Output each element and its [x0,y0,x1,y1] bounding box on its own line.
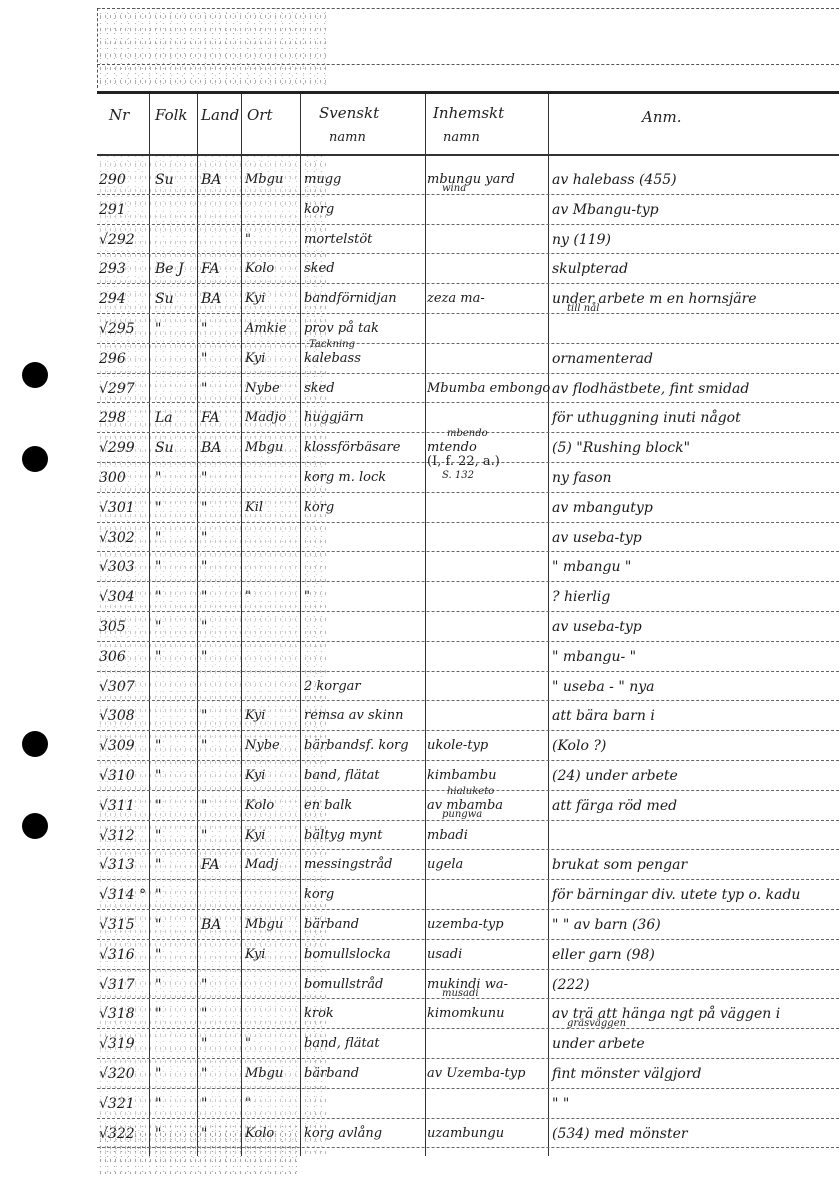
cell-nr: 296 [99,351,149,367]
cell-anm: ornamenterad [552,351,837,367]
punch-hole [22,813,48,839]
cell-land: " [201,500,241,516]
table-row: 296"KyikalebassornamenteradTackning [97,343,839,374]
column-header-row: Nr Folk Land Ort Svenskt namn Inhemskt n… [97,94,839,156]
cell-land: " [201,559,241,575]
cell-nr: √309 [99,738,149,754]
header-svenskt-sub: namn [329,130,366,145]
cell-land: FA [201,410,241,426]
cell-ort: Nybe [245,381,301,396]
cell-folk: La [155,410,197,426]
cell-land: " [201,649,241,665]
cell-svenskt: krok [304,1006,429,1021]
cell-ort: Mbgu [245,440,301,455]
cell-ort: " [245,1096,301,1111]
cell-nr: √319 [99,1036,149,1052]
cell-ort: Kyi [245,351,301,366]
cell-ort: " [245,1036,301,1051]
cell-nr: √316 [99,947,149,963]
cell-land: BA [201,917,241,933]
cell-inhemskt: mtendo [427,440,545,455]
cell-svenskt: bärbandsf. korg [304,738,429,753]
cell-nr: √307 [99,679,149,695]
cell-anm: (Kolo ?) [552,738,837,754]
cell-land: " [201,1096,241,1112]
table-row: 293Be JFAKoloskedskulpterad [97,253,839,284]
header-nr: Nr [109,106,129,124]
cell-folk: " [155,798,197,814]
cell-inhemskt: ukole-typ [427,738,545,753]
cell-folk: Su [155,291,197,307]
cell-folk: " [155,649,197,665]
header-svenskt: Svenskt [319,104,379,122]
cell-anm: för uthuggning inuti något [552,410,837,426]
cell-land: " [201,619,241,635]
table-row: √309""Nybebärbandsf. korgukole-typ(Kolo … [97,730,839,761]
cell-land: BA [201,291,241,307]
table-row: 291korgav Mbangu-typ [97,194,839,225]
table-row: √304""""? hierlig [97,581,839,612]
cell-svenskt: bärband [304,917,429,932]
cell-anm: av halebass (455) [552,172,837,188]
cell-land: " [201,1006,241,1022]
cell-anm: av mbangutyp [552,500,837,516]
cell-anm: " " av barn (36) [552,917,837,933]
punch-hole [22,446,48,472]
cell-nr: √301 [99,500,149,516]
cell-svenskt: kalebass [304,351,429,366]
cell-svenskt: bomullstråd [304,977,429,992]
cell-svenskt: prov på tak [304,321,429,336]
table-row: 306""" mbangu- " [97,641,839,672]
cell-anm: (24) under arbete [552,768,837,784]
cell-ort: Mbgu [245,917,301,932]
cell-folk: " [155,977,197,993]
cell-folk: " [155,768,197,784]
cell-land: " [201,321,241,337]
cell-folk: " [155,828,197,844]
cell-nr: √304 [99,589,149,605]
cell-anm: brukat som pengar [552,857,837,873]
cell-svenskt: band, flätat [304,768,429,783]
cell-anm: " " [552,1096,837,1112]
cell-anm: " mbangu " [552,559,837,575]
table-row: √301""Kilkorgav mbangutyp [97,492,839,523]
cell-inhemskt: uzemba-typ [427,917,545,932]
punch-hole [22,362,48,388]
cell-ort: " [245,589,301,604]
cell-folk: " [155,857,197,873]
table-row: √311""Koloen balkav mbambaatt färga röd … [97,790,839,821]
cell-svenskt: " [304,589,429,604]
cell-land: BA [201,440,241,456]
cell-folk: " [155,1126,197,1142]
cell-folk: Su [155,440,197,456]
cell-anm: ny (119) [552,232,837,248]
cell-nr: 305 [99,619,149,635]
cell-nr: √308 [99,708,149,724]
table-row: √303""" mbangu " [97,551,839,582]
header-land: Land [201,106,239,124]
header-border [97,8,98,88]
cell-folk: " [155,530,197,546]
header-inhemskt: Inhemskt [433,104,504,122]
cell-nr: √315 [99,917,149,933]
cell-nr: √299 [99,440,149,456]
cell-ort: Madjo [245,410,301,425]
cell-inhemskt: kimomkunu [427,1006,545,1021]
header-folk: Folk [155,106,188,124]
ledger-table: Nr Folk Land Ort Svenskt namn Inhemskt n… [97,91,839,1174]
header-rule [97,64,839,65]
cell-svenskt-sup: Tackning [309,339,355,350]
cell-ort: Madj [245,857,301,872]
cell-svenskt: korg m. lock [304,470,429,485]
cell-anm: (5) "Rushing block" [552,440,837,456]
cell-svenskt: sked [304,261,429,276]
table-row: √302""av useba-typ [97,522,839,553]
cell-folk: " [155,947,197,963]
table-row: √322""Kolokorg avlånguzambungu(534) med … [97,1118,839,1149]
cell-land: " [201,1126,241,1142]
cell-land: " [201,381,241,397]
table-row: √315"BAMbgubärbanduzemba-typ" " av barn … [97,909,839,940]
cell-anm: av flodhästbete, fint smidad [552,381,837,397]
cell-svenskt: korg [304,202,429,217]
table-row: 294SuBAKyibandförnidjanzeza ma-under arb… [97,283,839,314]
table-row: √3072 korgar" useba - " nya [97,671,839,702]
form-header-area [97,6,839,88]
cell-svenskt: korg [304,500,429,515]
cell-folk: " [155,589,197,605]
cell-nr: √303 [99,559,149,575]
cell-svenskt: bältyg mynt [304,828,429,843]
cell-folk: Su [155,172,197,188]
cell-land: " [201,828,241,844]
header-rule [97,8,839,9]
cell-svenskt: mugg [304,172,429,187]
cell-folk: " [155,559,197,575]
table-row: √297"NybeskedMbumba embongoav flodhästbe… [97,373,839,404]
cell-folk: " [155,500,197,516]
cell-svenskt: sked [304,381,429,396]
cell-nr: √318 [99,1006,149,1022]
cell-inhemskt: mbadi [427,828,545,843]
cell-nr: √311 [99,798,149,814]
cell-nr: 293 [99,261,149,277]
table-row: 290SuBAMbgumuggmbungu yardav halebass (4… [97,164,839,195]
cell-land: " [201,530,241,546]
cell-nr: √314 ° [99,887,149,903]
cell-svenskt: klossförbäsare [304,440,429,455]
cell-land: " [201,470,241,486]
cell-ort: Kolo [245,798,301,813]
cell-anm: fint mönster välgjord [552,1066,837,1082]
table-row: √321"""" " [97,1088,839,1119]
cell-inhemskt-sup: mbendo [447,428,488,439]
cell-anm: skulpterad [552,261,837,277]
cell-anm: " mbangu- " [552,649,837,665]
cell-anm: eller garn (98) [552,947,837,963]
punch-hole [22,731,48,757]
cell-inhemskt-sup: hialuketo [447,786,494,797]
cell-nr: √320 [99,1066,149,1082]
cell-land: FA [201,857,241,873]
cell-land: " [201,738,241,754]
cell-nr: 298 [99,410,149,426]
cell-svenskt: band, flätat [304,1036,429,1051]
cell-svenskt: bomullslocka [304,947,429,962]
cell-anm: under arbete [552,1036,837,1052]
cell-anm: att färga röd med [552,798,837,814]
cell-nr: 291 [99,202,149,218]
table-row: √312""Kyibältyg myntmbadi [97,820,839,851]
cell-folk: Be J [155,261,197,277]
cell-folk: " [155,1066,197,1082]
cell-folk: " [155,738,197,754]
cell-inhemskt: zeza ma- [427,291,545,306]
table-row: 300""korg m. lockny fason [97,462,839,493]
cell-anm: för bärningar div. utete typ o. kadu [552,887,837,903]
cell-inhemskt: usadi [427,947,545,962]
cell-ort: Kyi [245,708,301,723]
cell-folk: " [155,1096,197,1112]
cell-anm: av useba-typ [552,619,837,635]
cell-nr: √313 [99,857,149,873]
cell-nr: 300 [99,470,149,486]
cell-folk: " [155,619,197,635]
cell-ort: Kolo [245,1126,301,1141]
cell-inhemskt-sub: pungwa [442,809,482,820]
cell-ort: Kolo [245,261,301,276]
cell-ort: Mbgu [245,1066,301,1081]
header-anm: Anm. [642,108,682,126]
cell-folk: " [155,1006,197,1022]
table-row: √319""band, flätatunder arbete [97,1028,839,1059]
table-row: 305""av useba-typ [97,611,839,642]
cell-nr: √312 [99,828,149,844]
cell-land: " [201,977,241,993]
cell-nr: √302 [99,530,149,546]
cell-ort: Amkie [245,321,301,336]
cell-svenskt: 2 korgar [304,679,429,694]
cell-anm: av useba-typ [552,530,837,546]
table-row: √320""Mbgubärbandav Uzemba-typfint mönst… [97,1058,839,1089]
cell-anm: ? hierlig [552,589,837,605]
cell-nr: √310 [99,768,149,784]
cell-ort: Mbgu [245,172,301,187]
cell-ort: Kyi [245,947,301,962]
table-row: √299SuBAMbguklossförbäsaremtendo(5) "Rus… [97,432,839,463]
table-row: √295""Amkieprov på tak [97,313,839,344]
cell-inhemskt: ugela [427,857,545,872]
cell-svenskt: huggjärn [304,410,429,425]
cell-svenskt: remsa av skinn [304,708,429,723]
cell-nr: √321 [99,1096,149,1112]
cell-anm: " useba - " nya [552,679,837,695]
cell-inhemskt: kimbambu [427,768,545,783]
table-row: √318""krokkimomkunuav trä att hänga ngt … [97,998,839,1029]
table-row: √292"mortelstötny (119) [97,224,839,255]
cell-nr: 306 [99,649,149,665]
cell-ort: " [245,232,301,247]
cell-nr: √295 [99,321,149,337]
cell-ort: Kyi [245,828,301,843]
cell-svenskt: bandförnidjan [304,291,429,306]
cell-svenskt: mortelstöt [304,232,429,247]
cell-svenskt: bärband [304,1066,429,1081]
table-row: √314 °"korgför bärningar div. utete typ … [97,879,839,910]
cell-svenskt: messingstråd [304,857,429,872]
cell-anm: (222) [552,977,837,993]
table-row: √313"FAMadjmessingstrådugelabrukat som p… [97,849,839,880]
cell-folk: " [155,917,197,933]
cell-nr: √317 [99,977,149,993]
table-row: √317""bomullstrådmukindi wa-(222)musadi [97,969,839,1000]
cell-ort: Kyi [245,768,301,783]
cell-land: " [201,351,241,367]
table-row: √308"Kyiremsa av skinnatt bära barn i [97,700,839,731]
cell-land: " [201,708,241,724]
cell-ort: Nybe [245,738,301,753]
scan-noise [97,6,327,88]
table-row: √316"Kyibomullslockausadieller garn (98) [97,939,839,970]
cell-inhemskt: Mbumba embongo [427,381,545,396]
cell-anm: ny fason [552,470,837,486]
header-inhemskt-sub: namn [443,130,480,145]
cell-ort: Kyi [245,291,301,306]
cell-svenskt: en balk [304,798,429,813]
cell-land: " [201,1066,241,1082]
cell-inhemskt: av Uzemba-typ [427,1066,545,1081]
cell-anm: av Mbangu-typ [552,202,837,218]
header-ort: Ort [247,106,273,124]
cell-ort: Kil [245,500,301,515]
cell-nr: √292 [99,232,149,248]
cell-svenskt: korg avlång [304,1126,429,1141]
cell-nr: √297 [99,381,149,397]
cell-anm: att bära barn i [552,708,837,724]
cell-folk: " [155,321,197,337]
cell-land: FA [201,261,241,277]
cell-folk: " [155,887,197,903]
cell-anm: (534) med mönster [552,1126,837,1142]
cell-land: " [201,589,241,605]
cell-land: BA [201,172,241,188]
cell-nr: 294 [99,291,149,307]
cell-svenskt: korg [304,887,429,902]
cell-inhemskt-sub: wina [442,183,466,194]
cell-nr: 290 [99,172,149,188]
cell-land: " [201,1036,241,1052]
cell-land: " [201,798,241,814]
cell-inhemskt: uzambungu [427,1126,545,1141]
cell-inhemskt-sub: musadi [442,988,479,999]
cell-folk: " [155,470,197,486]
cell-nr: √322 [99,1126,149,1142]
